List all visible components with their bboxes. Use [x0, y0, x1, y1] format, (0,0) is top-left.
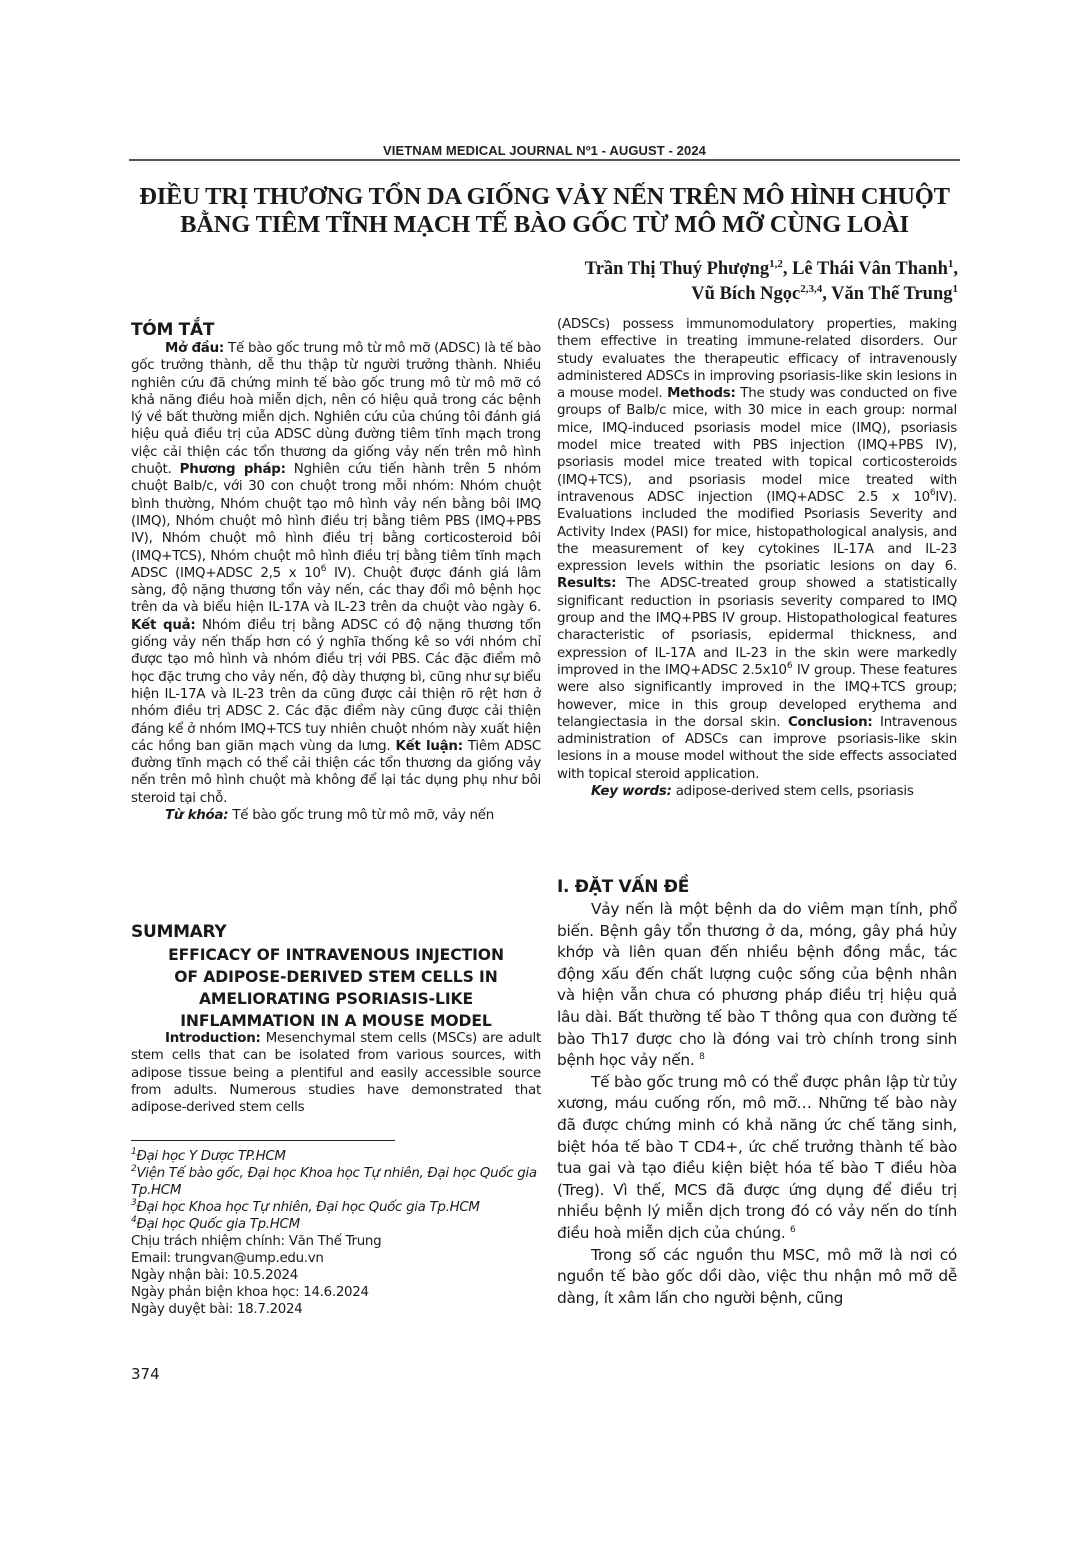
- label-methods: Phương pháp:: [180, 462, 286, 477]
- paragraph: Vảy nến là một bệnh da do viêm mạn tính,…: [557, 899, 957, 1072]
- summary-intro-left: Introduction: Mesenchymal stem cells (MS…: [131, 1030, 541, 1116]
- paragraph-text: Vảy nến là một bệnh da do viêm mạn tính,…: [557, 900, 957, 1069]
- paragraph: Tế bào gốc trung mô có thể được phân lập…: [557, 1072, 957, 1245]
- label-methods-en: Methods:: [667, 386, 735, 401]
- author-name: Vũ Bích Ngọc: [691, 284, 800, 304]
- accepted-date: Ngày duyệt bài: 18.7.2024: [131, 1301, 543, 1318]
- text-intro: Tế bào gốc trung mô từ mô mỡ (ADSC) là t…: [131, 341, 541, 477]
- summary-body-right: (ADSCs) possess immunomodulatory propert…: [557, 316, 957, 800]
- author-affiliation: 1: [953, 283, 959, 295]
- paragraph-text: Tế bào gốc trung mô có thể được phân lập…: [557, 1073, 957, 1242]
- abstract-vi-heading: TÓM TẮT: [131, 320, 214, 340]
- author-separator: ,: [783, 259, 792, 279]
- label-introduction: Introduction:: [165, 1031, 261, 1046]
- label-keywords-en: Key words:: [591, 784, 672, 799]
- summary-title-line: EFFICACY OF INTRAVENOUS INJECTION: [131, 944, 541, 966]
- summary-title-line: OF ADIPOSE-DERIVED STEM CELLS IN: [131, 966, 541, 988]
- author-affiliation: 1,2: [769, 258, 783, 270]
- citation-ref: 6: [790, 1225, 795, 1235]
- summary-title-line: AMELIORATING PSORIASIS-LIKE: [131, 988, 541, 1010]
- paragraph-text: Trong số các nguồn thu MSC, mô mỡ là nơi…: [557, 1246, 957, 1307]
- paragraph: Trong số các nguồn thu MSC, mô mỡ là nơi…: [557, 1245, 957, 1310]
- title-line-2: BẰNG TIÊM TĨNH MẠCH TẾ BÀO GỐC TỪ MÔ MỠ …: [129, 211, 960, 239]
- text-methods-en: The study was conducted on five groups o…: [557, 386, 957, 505]
- label-results-en: Results:: [557, 576, 616, 591]
- author-list: Trần Thị Thuý Phượng1,2, Lê Thái Vân Tha…: [480, 257, 958, 307]
- footnote-divider: [131, 1140, 395, 1141]
- label-conclusion: Kết luận:: [395, 739, 462, 754]
- summary-title: EFFICACY OF INTRAVENOUS INJECTION OF ADI…: [131, 944, 541, 1032]
- author-affiliation: 2,3,4: [800, 283, 822, 295]
- affiliation-text: Viện Tế bào gốc, Đại học Khoa học Tự nhi…: [131, 1166, 537, 1198]
- label-results: Kết quả:: [131, 618, 196, 633]
- title-line-1: ĐIỀU TRỊ THƯƠNG TỔN DA GIỐNG VẢY NẾN TRÊ…: [129, 183, 960, 211]
- received-date: Ngày nhận bài: 10.5.2024: [131, 1267, 543, 1284]
- corresponding-author: Chịu trách nhiệm chính: Văn Thế Trung: [131, 1233, 543, 1250]
- label-keywords: Từ khóa:: [165, 808, 228, 823]
- article-title: ĐIỀU TRỊ THƯƠNG TỔN DA GIỐNG VẢY NẾN TRÊ…: [129, 183, 960, 239]
- section-1-body: Vảy nến là một bệnh da do viêm mạn tính,…: [557, 899, 957, 1309]
- affiliation-2: 2Viện Tế bào gốc, Đại học Khoa học Tự nh…: [131, 1165, 543, 1199]
- summary-title-line: INFLAMMATION IN A MOUSE MODEL: [131, 1010, 541, 1032]
- page-number: 374: [131, 1365, 160, 1383]
- summary-heading: SUMMARY: [131, 922, 226, 942]
- author-separator: ,: [822, 284, 831, 304]
- affiliation-text: Đại học Khoa học Tự nhiên, Đại học Quốc …: [136, 1200, 479, 1215]
- email[interactable]: Email: trungvan@ump.edu.vn: [131, 1250, 543, 1267]
- text-methods: Nghiên cứu tiến hành trên 5 nhóm chuột B…: [131, 462, 541, 581]
- journal-header: VIETNAM MEDICAL JOURNAL Nº1 - AUGUST - 2…: [129, 143, 960, 158]
- text-keywords-en: adipose-derived stem cells, psoriasis: [672, 784, 914, 799]
- affiliation-1: 1Đại học Y Dược TP.HCM: [131, 1148, 543, 1165]
- text-keywords: Tế bào gốc trung mô từ mô mỡ, vảy nến: [228, 808, 494, 823]
- text-results: Nhóm điều trị bằng ADSC có độ nặng thươn…: [131, 618, 541, 754]
- affiliation-4: 4Đại học Quốc gia Tp.HCM: [131, 1216, 543, 1233]
- affiliation-3: 3Đại học Khoa học Tự nhiên, Đại học Quốc…: [131, 1199, 543, 1216]
- author-separator: ,: [953, 259, 958, 279]
- author-name: Văn Thế Trung: [831, 284, 952, 304]
- label-intro: Mở đầu:: [165, 341, 224, 356]
- citation-ref: 8: [699, 1052, 704, 1062]
- abstract-vi-body: Mở đầu: Tế bào gốc trung mô từ mô mỡ (AD…: [131, 340, 541, 824]
- section-1-heading: I. ĐẶT VẤN ĐỀ: [557, 877, 689, 897]
- author-name: Lê Thái Vân Thanh: [792, 259, 948, 279]
- label-conclusion-en: Conclusion:: [788, 715, 873, 730]
- footnotes: 1Đại học Y Dược TP.HCM 2Viện Tế bào gốc,…: [131, 1148, 543, 1318]
- header-divider: [129, 159, 960, 161]
- affiliation-text: Đại học Quốc gia Tp.HCM: [136, 1217, 299, 1232]
- reviewed-date: Ngày phản biện khoa học: 14.6.2024: [131, 1284, 543, 1301]
- author-name: Trần Thị Thuý Phượng: [585, 259, 769, 279]
- affiliation-text: Đại học Y Dược TP.HCM: [136, 1149, 285, 1164]
